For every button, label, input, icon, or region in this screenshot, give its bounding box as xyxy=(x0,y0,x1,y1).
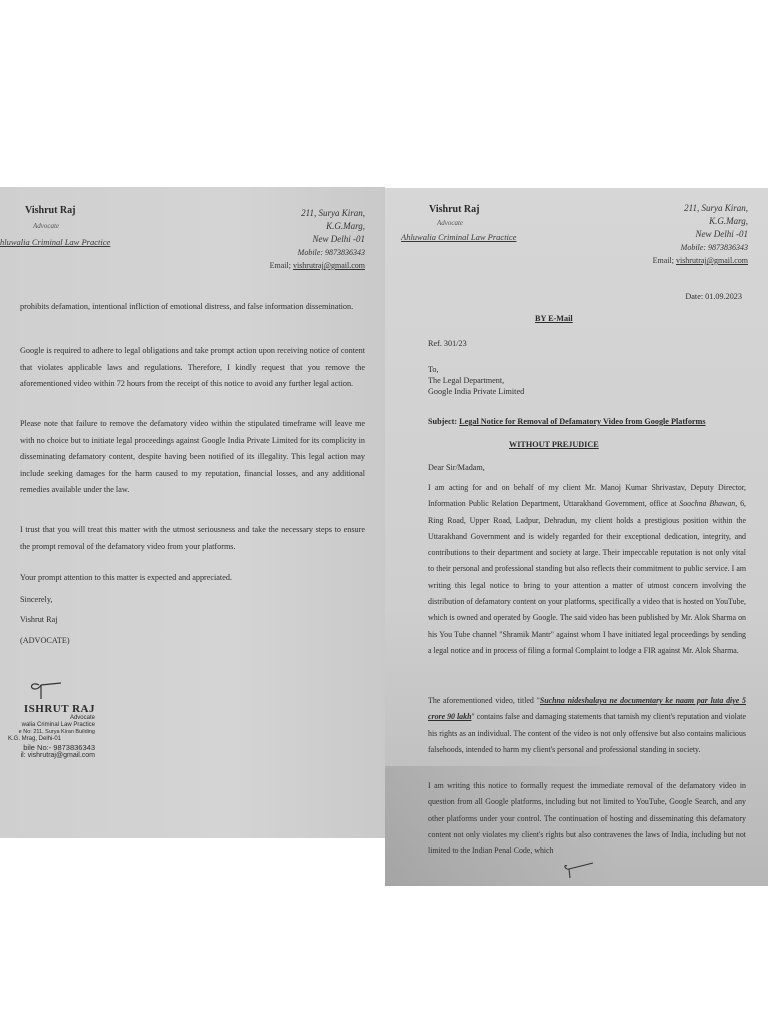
stamp-firm: walia Criminal Law Practice xyxy=(0,722,95,729)
recipient-line: To, xyxy=(428,364,524,375)
letterhead-mobile: Mobile: 9873836343 xyxy=(568,241,748,254)
letterhead-role: Advocate xyxy=(33,222,59,230)
paragraph-text: , 6, Ring Road, Upper Road, Ladpur, Dehr… xyxy=(428,499,746,655)
address-line: K.G.Marg, xyxy=(568,215,748,228)
letterhead-address: 211, Surya Kiran, K.G.Marg, New Delhi -0… xyxy=(185,207,365,272)
letterhead-address: 211, Surya Kiran, K.G.Marg, New Delhi -0… xyxy=(568,202,748,267)
email-label: Email; xyxy=(653,256,676,265)
letterhead-email[interactable]: vishrutraj@gmail.com xyxy=(676,256,748,265)
paragraph: I am writing this notice to formally req… xyxy=(428,778,746,859)
letterhead-firm: Ahluwalia Criminal Law Practice xyxy=(401,232,516,242)
reference-number: Ref. 301/23 xyxy=(428,339,467,348)
address-line: 211, Surya Kiran, xyxy=(568,202,748,215)
email-label: Email; xyxy=(270,261,293,270)
without-prejudice: WITHOUT PREJUDICE xyxy=(509,440,599,449)
letterhead-email-row: Email; vishrutraj@gmail.com xyxy=(185,259,365,272)
office-name: Soochna Bhawan xyxy=(679,499,735,508)
paragraph-text: The aforementioned video, titled " xyxy=(428,696,540,705)
delivery-mode: BY E-Mail xyxy=(535,314,573,323)
paragraph: Google is required to adhere to legal ob… xyxy=(20,343,365,393)
paragraph: The aforementioned video, titled "Suchna… xyxy=(428,693,746,758)
address-line: 211, Surya Kiran, xyxy=(185,207,365,220)
subject-label: Subject: xyxy=(428,417,459,426)
letterhead-name: Vishrut Raj xyxy=(429,204,479,215)
address-line: K.G.Marg, xyxy=(185,220,365,233)
stamp-city: K.G. Mrag, Delhi-01 xyxy=(0,736,95,743)
stamp-address: e No: 211, Surya Kiran Building xyxy=(0,729,95,736)
subject-text: Legal Notice for Removal of Defamatory V… xyxy=(459,417,705,426)
letter-page-2: Vishrut Raj Advocate hluwalia Criminal L… xyxy=(0,187,385,838)
paragraph: I am acting for and on behalf of my clie… xyxy=(428,480,746,659)
letter-date: Date: 01.09.2023 xyxy=(685,292,742,301)
stamp-role: Advocate xyxy=(0,715,95,722)
paragraph: prohibits defamation, intentional inflic… xyxy=(20,299,365,316)
letterhead-name: Vishrut Raj xyxy=(25,205,75,216)
advocate-stamp: ISHRUT RAJ Advocate walia Criminal Law P… xyxy=(0,703,95,760)
recipient-line: The Legal Department, xyxy=(428,375,524,386)
signer-name: Vishrut Raj xyxy=(20,615,58,624)
address-line: New Delhi -01 xyxy=(185,233,365,246)
stamp-name: ISHRUT RAJ xyxy=(0,703,95,715)
letterhead-firm: hluwalia Criminal Law Practice xyxy=(0,237,110,247)
paragraph-text: " contains false and damaging statements… xyxy=(428,712,746,754)
letterhead-role: Advocate xyxy=(437,219,463,227)
letterhead-email-row: Email; vishrutraj@gmail.com xyxy=(568,254,748,267)
paragraph: Please note that failure to remove the d… xyxy=(20,416,365,499)
stamp-mobile: bile No:- 9873836343 xyxy=(0,743,95,752)
paragraph: I trust that you will treat this matter … xyxy=(20,522,365,555)
letterhead-mobile: Mobile: 9873836343 xyxy=(185,246,365,259)
letter-page-1: Vishrut Raj Advocate Ahluwalia Criminal … xyxy=(385,188,768,886)
recipient-block: To, The Legal Department, Google India P… xyxy=(428,364,524,397)
salutation: Dear Sir/Madam, xyxy=(428,463,485,472)
signature-icon xyxy=(561,858,601,880)
stamp-email: il: vishrutraj@gmail.com xyxy=(0,752,95,760)
closing: Sincerely, xyxy=(20,595,52,604)
signer-title: (ADVOCATE) xyxy=(20,636,70,645)
signature-icon xyxy=(27,675,67,703)
letterhead-email[interactable]: vishrutraj@gmail.com xyxy=(293,261,365,270)
paragraph: Your prompt attention to this matter is … xyxy=(20,570,365,587)
subject-line: Subject: Legal Notice for Removal of Def… xyxy=(428,417,706,426)
recipient-line: Google India Private Limited xyxy=(428,386,524,397)
address-line: New Delhi -01 xyxy=(568,228,748,241)
